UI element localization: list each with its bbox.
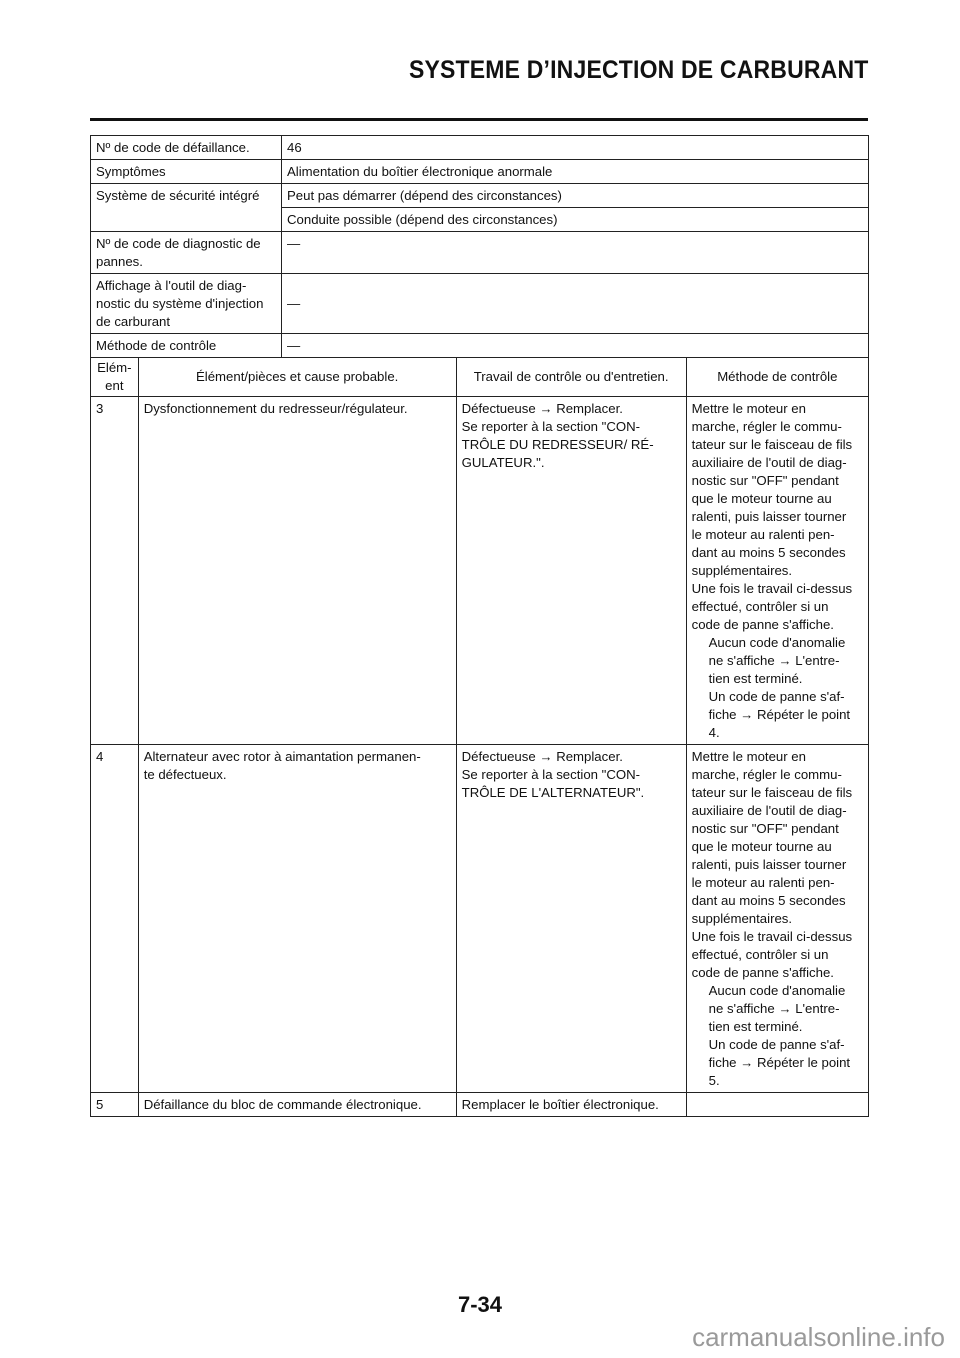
page-title: SYSTEME D’INJECTION DE CARBURANT	[408, 56, 868, 85]
table-row: 5Défaillance du bloc de commande électro…	[91, 1093, 869, 1117]
method-result-ng: Un code de panne s'af- fiche → Répéter l…	[692, 1036, 863, 1090]
symptoms-label: Symptômes	[91, 160, 282, 183]
row-method	[686, 1093, 868, 1117]
check-method-value: —	[282, 334, 868, 357]
column-header-2: Élément/pièces et cause probable.	[138, 358, 456, 397]
row-cause: Alternateur avec rotor à aimantation per…	[138, 745, 456, 1093]
row-item-number: 5	[91, 1093, 139, 1117]
column-header-1: Elém- ent	[91, 358, 139, 397]
tool-display-value: —	[282, 274, 868, 333]
fault-code-row: Nº de code de défaillance.46	[91, 136, 869, 160]
diag-code-row: Nº de code de diagnostic de pannes.—	[91, 232, 869, 274]
check-method-row: Méthode de contrôle—	[91, 334, 869, 358]
row-cause: Dysfonctionnement du redresseur/régulate…	[138, 397, 456, 745]
fail-safe-value: Peut pas démarrer (dépend des circonstan…	[282, 184, 868, 231]
column-header-row: Elém- entÉlément/pièces et cause probabl…	[91, 358, 869, 397]
fault-code-value: 46	[282, 136, 868, 159]
fault-code-label: Nº de code de défaillance.	[91, 136, 282, 159]
fail-safe-row: Système de sécurité intégréPeut pas déma…	[91, 184, 869, 232]
method-result-ok: Aucun code d'anomalie ne s'affiche → L'e…	[692, 634, 863, 688]
column-header-4: Méthode de contrôle	[686, 358, 868, 397]
table-row: 4Alternateur avec rotor à aimantation pe…	[91, 745, 869, 1093]
column-header-3: Travail de contrôle ou d'entretien.	[456, 358, 686, 397]
row-method: Mettre le moteur en marche, régler le co…	[686, 397, 868, 745]
fail-safe-value-1: Peut pas démarrer (dépend des circonstan…	[282, 184, 868, 208]
fail-safe-label: Système de sécurité intégré	[91, 184, 282, 231]
symptoms-row: SymptômesAlimentation du boîtier électro…	[91, 160, 869, 184]
watermark: carmanualsonline.info	[692, 1322, 945, 1353]
check-method-label: Méthode de contrôle	[91, 334, 282, 357]
row-cause: Défaillance du bloc de commande électron…	[138, 1093, 456, 1117]
tool-display-row: Affichage à l'outil de diag- nostic du s…	[91, 274, 869, 334]
method-result-ok: Aucun code d'anomalie ne s'affiche → L'e…	[692, 982, 863, 1036]
diag-code-label: Nº de code de diagnostic de pannes.	[91, 232, 282, 273]
row-item-number: 3	[91, 397, 139, 745]
row-work: Remplacer le boîtier électronique.	[456, 1093, 686, 1117]
fail-safe-value-2: Conduite possible (dépend des circonstan…	[282, 208, 868, 231]
row-work: Défectueuse → Remplacer. Se reporter à l…	[456, 745, 686, 1093]
row-method: Mettre le moteur en marche, régler le co…	[686, 745, 868, 1093]
row-work: Défectueuse → Remplacer. Se reporter à l…	[456, 397, 686, 745]
table-row: 3Dysfonctionnement du redresseur/régulat…	[91, 397, 869, 745]
tool-display-label: Affichage à l'outil de diag- nostic du s…	[91, 274, 282, 333]
page-number: 7-34	[0, 1292, 960, 1318]
header-rule	[90, 118, 868, 121]
diag-code-value: —	[282, 232, 868, 273]
fault-table: Nº de code de défaillance.46SymptômesAli…	[90, 135, 869, 1117]
row-item-number: 4	[91, 745, 139, 1093]
symptoms-value: Alimentation du boîtier électronique ano…	[282, 160, 868, 183]
method-result-ng: Un code de panne s'af- fiche → Répéter l…	[692, 688, 863, 742]
